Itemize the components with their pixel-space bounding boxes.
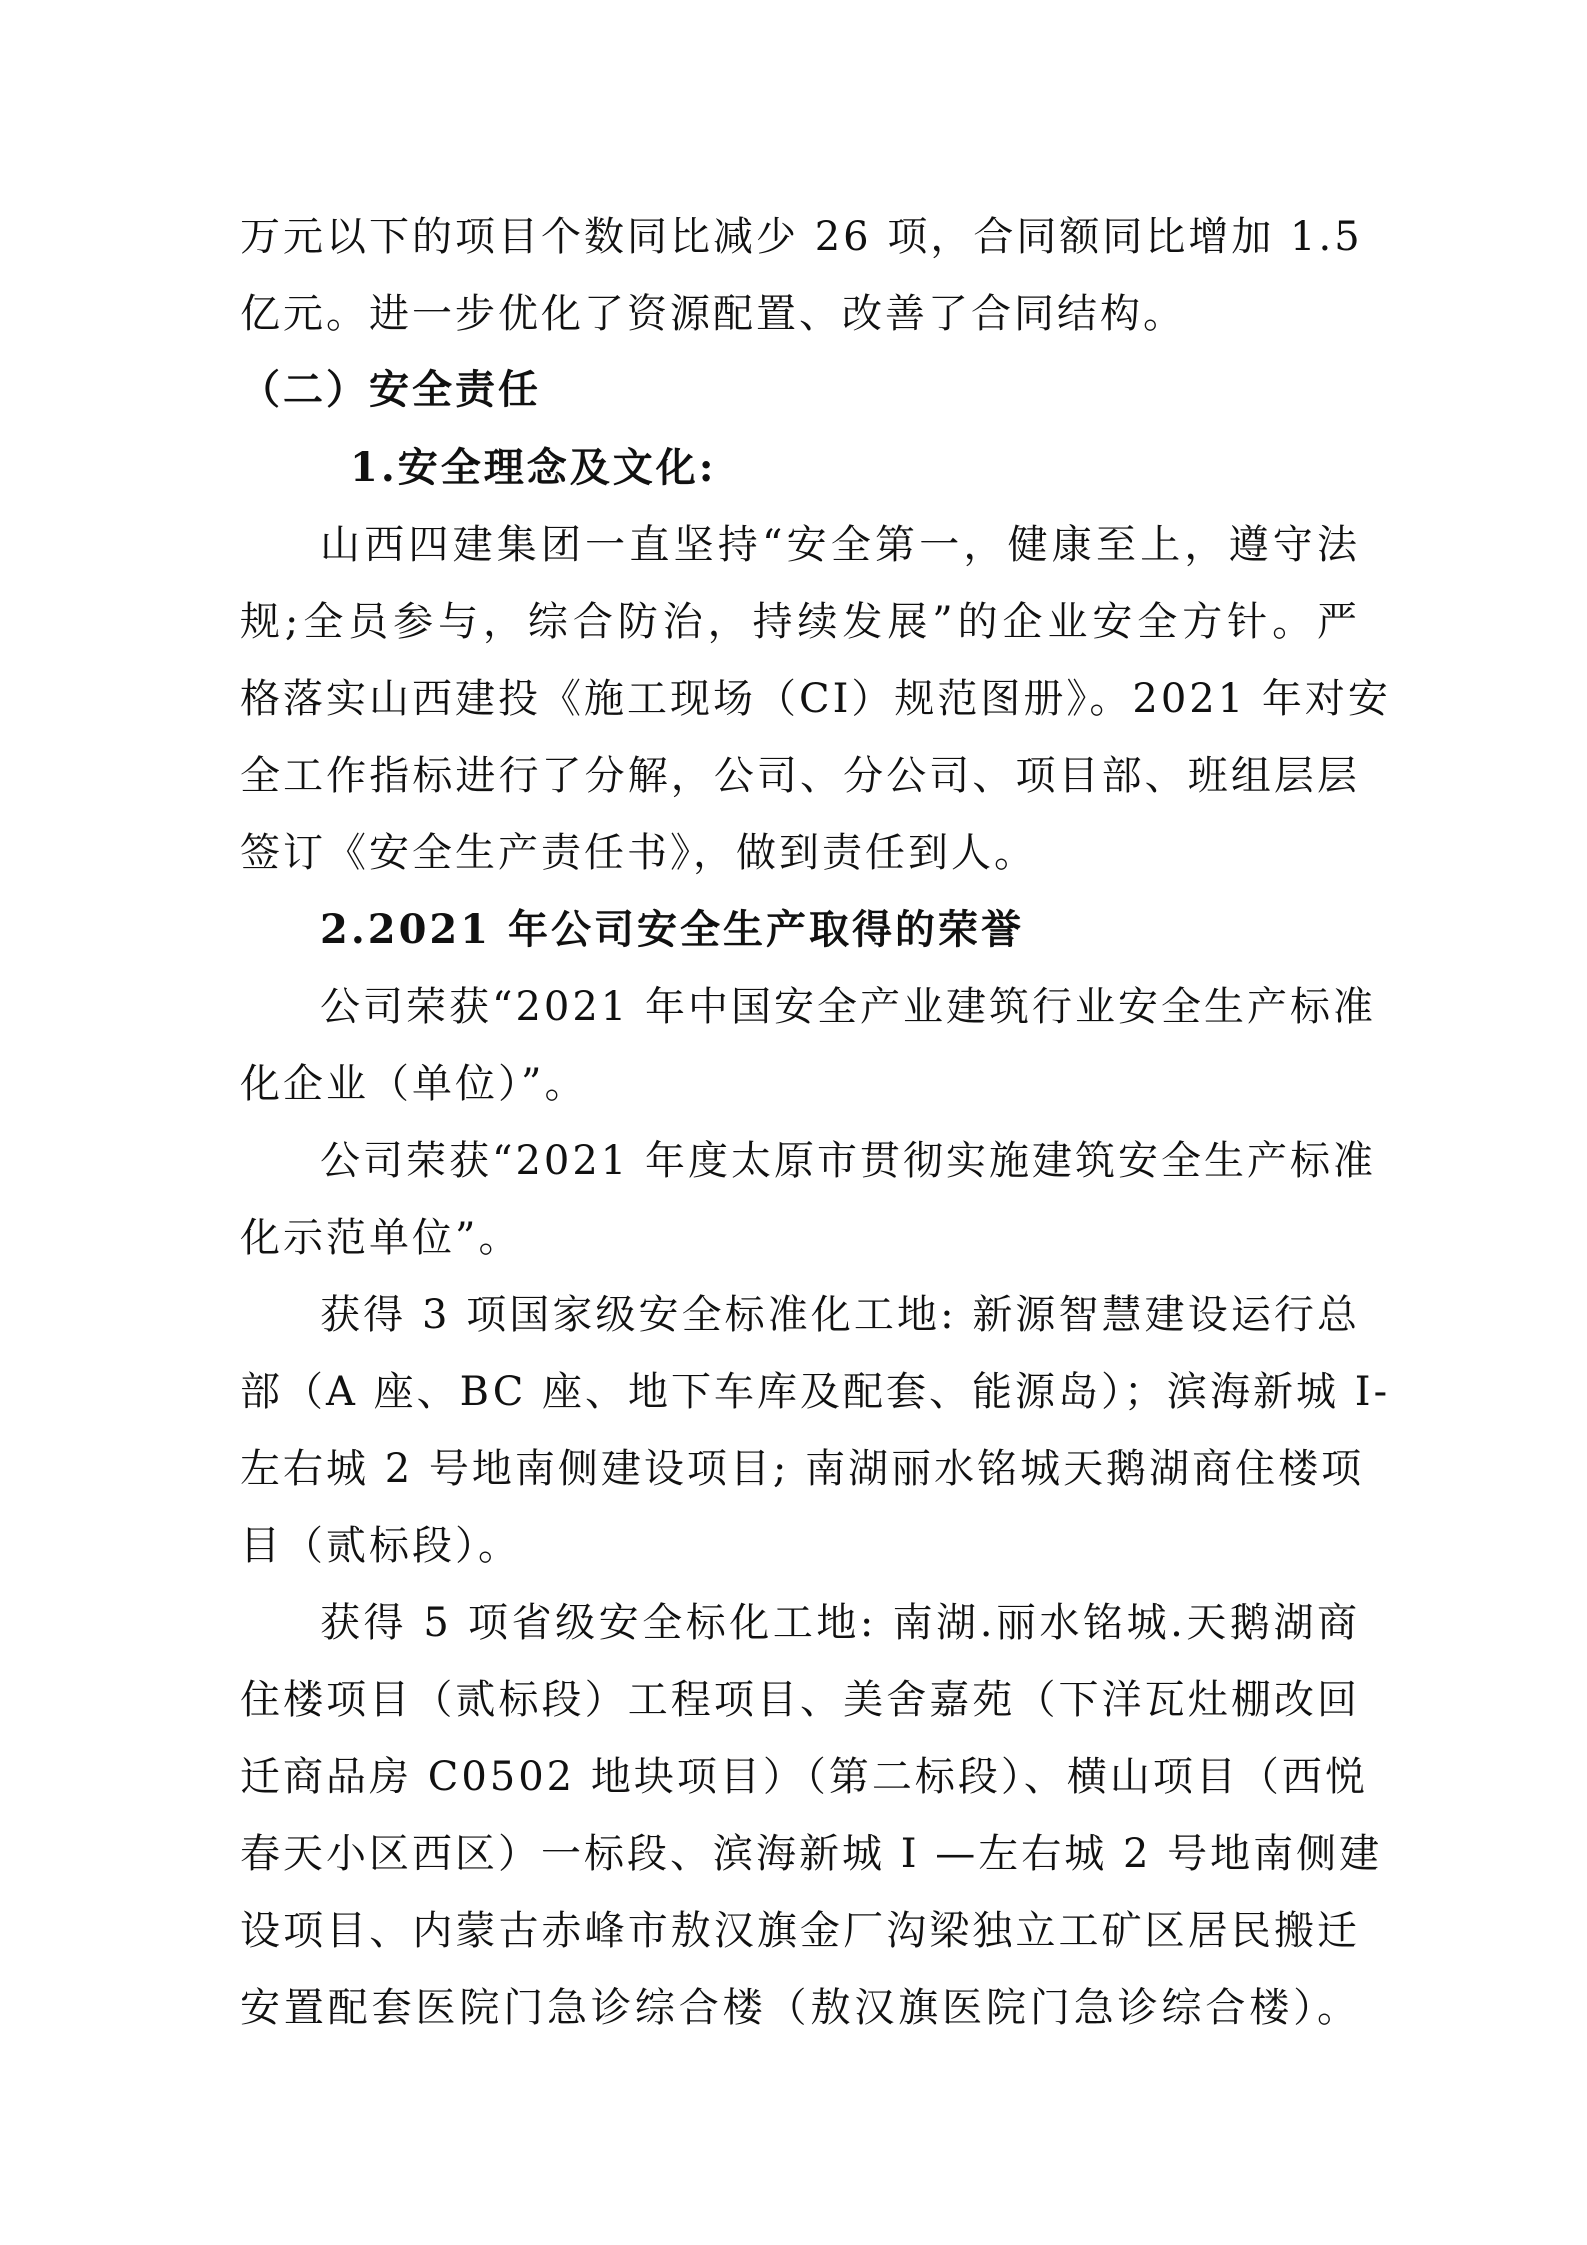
paragraph-line: 化示范单位”。 <box>240 1214 1360 1262</box>
paragraph-line: 春天小区西区）一标段、滨海新城 I —左右城 2 号地南侧建 <box>240 1830 1360 1878</box>
paragraph-line: 获得 3 项国家级安全标准化工地: 新源智慧建设运行总 <box>320 1291 1360 1339</box>
paragraph-line: 左右城 2 号地南侧建设项目; 南湖丽水铭城天鹅湖商住楼项 <box>240 1445 1360 1493</box>
paragraph-line: 亿元。进一步优化了资源配置、改善了合同结构。 <box>240 290 1360 338</box>
paragraph-line: 获得 5 项省级安全标化工地: 南湖.丽水铭城.天鹅湖商 <box>320 1599 1360 1647</box>
paragraph-line: 格落实山西建投《施工现场（CI）规范图册》。2021 年对安 <box>240 675 1360 723</box>
paragraph-line: 安置配套医院门急诊综合楼（敖汉旗医院门急诊综合楼）。 <box>240 1984 1360 2032</box>
paragraph-line: 公司荣获“2021 年度太原市贯彻实施建筑安全生产标准 <box>320 1137 1360 1185</box>
paragraph-line: 山西四建集团一直坚持“安全第一，健康至上，遵守法 <box>320 521 1360 569</box>
paragraph-line: 公司荣获“2021 年中国安全产业建筑行业安全生产标准 <box>320 983 1360 1031</box>
paragraph-line: 万元以下的项目个数同比减少 26 项，合同额同比增加 1.5 <box>240 213 1360 261</box>
subsection-heading: 2.2021 年公司安全生产取得的荣誉 <box>320 906 1440 954</box>
section-heading: （二）安全责任 <box>240 366 1360 414</box>
subsection-heading: 1.安全理念及文化: <box>350 444 1470 492</box>
paragraph-line: 规;全员参与，综合防治，持续发展”的企业安全方针。严 <box>240 598 1360 646</box>
paragraph-line: 住楼项目（贰标段）工程项目、美舍嘉苑（下洋瓦灶棚改回 <box>240 1676 1360 1724</box>
paragraph-line: 签订《安全生产责任书》，做到责任到人。 <box>240 829 1360 877</box>
paragraph-line: 全工作指标进行了分解，公司、分公司、项目部、班组层层 <box>240 752 1360 800</box>
paragraph-line: 化企业（单位）”。 <box>240 1060 1360 1108</box>
paragraph-line: 设项目、内蒙古赤峰市敖汉旗金厂沟梁独立工矿区居民搬迁 <box>240 1907 1360 1955</box>
paragraph-line: 部（A 座、BC 座、地下车库及配套、能源岛）；滨海新城 I- <box>240 1368 1360 1416</box>
paragraph-line: 目（贰标段）。 <box>240 1522 1360 1570</box>
paragraph-line: 迁商品房 C0502 地块项目）（第二标段）、横山项目（西悦 <box>240 1753 1360 1801</box>
document-page: 万元以下的项目个数同比减少 26 项，合同额同比增加 1.5 亿元。进一步优化了… <box>0 0 1587 2245</box>
